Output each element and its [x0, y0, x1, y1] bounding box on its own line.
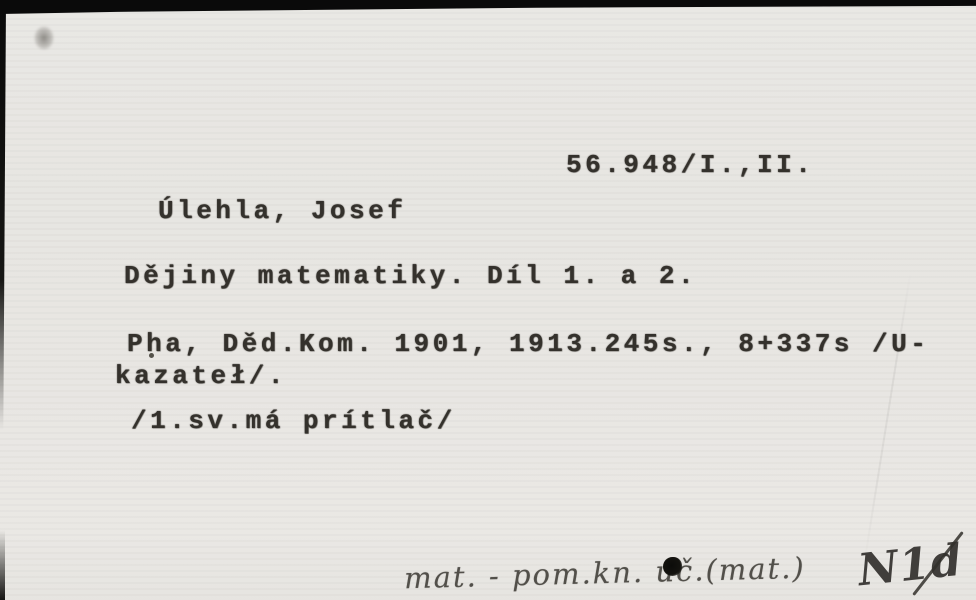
paper-smudge-mark	[34, 26, 54, 50]
call-number: 56.948/I.,II.	[566, 150, 814, 180]
copy-note: /1.sv.má prítlač/	[131, 406, 456, 436]
catalog-card-scan: 56.948/I.,II. Úlehla, Josef Dějiny matem…	[0, 0, 976, 600]
imprint-line-1: Pha, Děd.Kom. 1901, 1913.245s., 8+337s /…	[127, 329, 929, 359]
ink-blot	[663, 557, 682, 576]
handwritten-shelf-code: N1d	[856, 535, 965, 597]
author-heading: Úlehla, Josef	[158, 196, 406, 226]
scan-edge-top	[0, 0, 976, 14]
scan-edge-left	[0, 0, 6, 430]
stray-ink-dot	[149, 353, 154, 358]
title-line: Dějiny matematiky. Díl 1. a 2.	[124, 261, 697, 291]
scan-edge-bottom-left	[0, 530, 5, 600]
imprint-line-2: kazateł/.	[115, 361, 287, 391]
handwritten-subject-annotation: mat. - pom.kn. uč.(mat.)	[404, 551, 807, 596]
paper-crease	[863, 272, 912, 569]
